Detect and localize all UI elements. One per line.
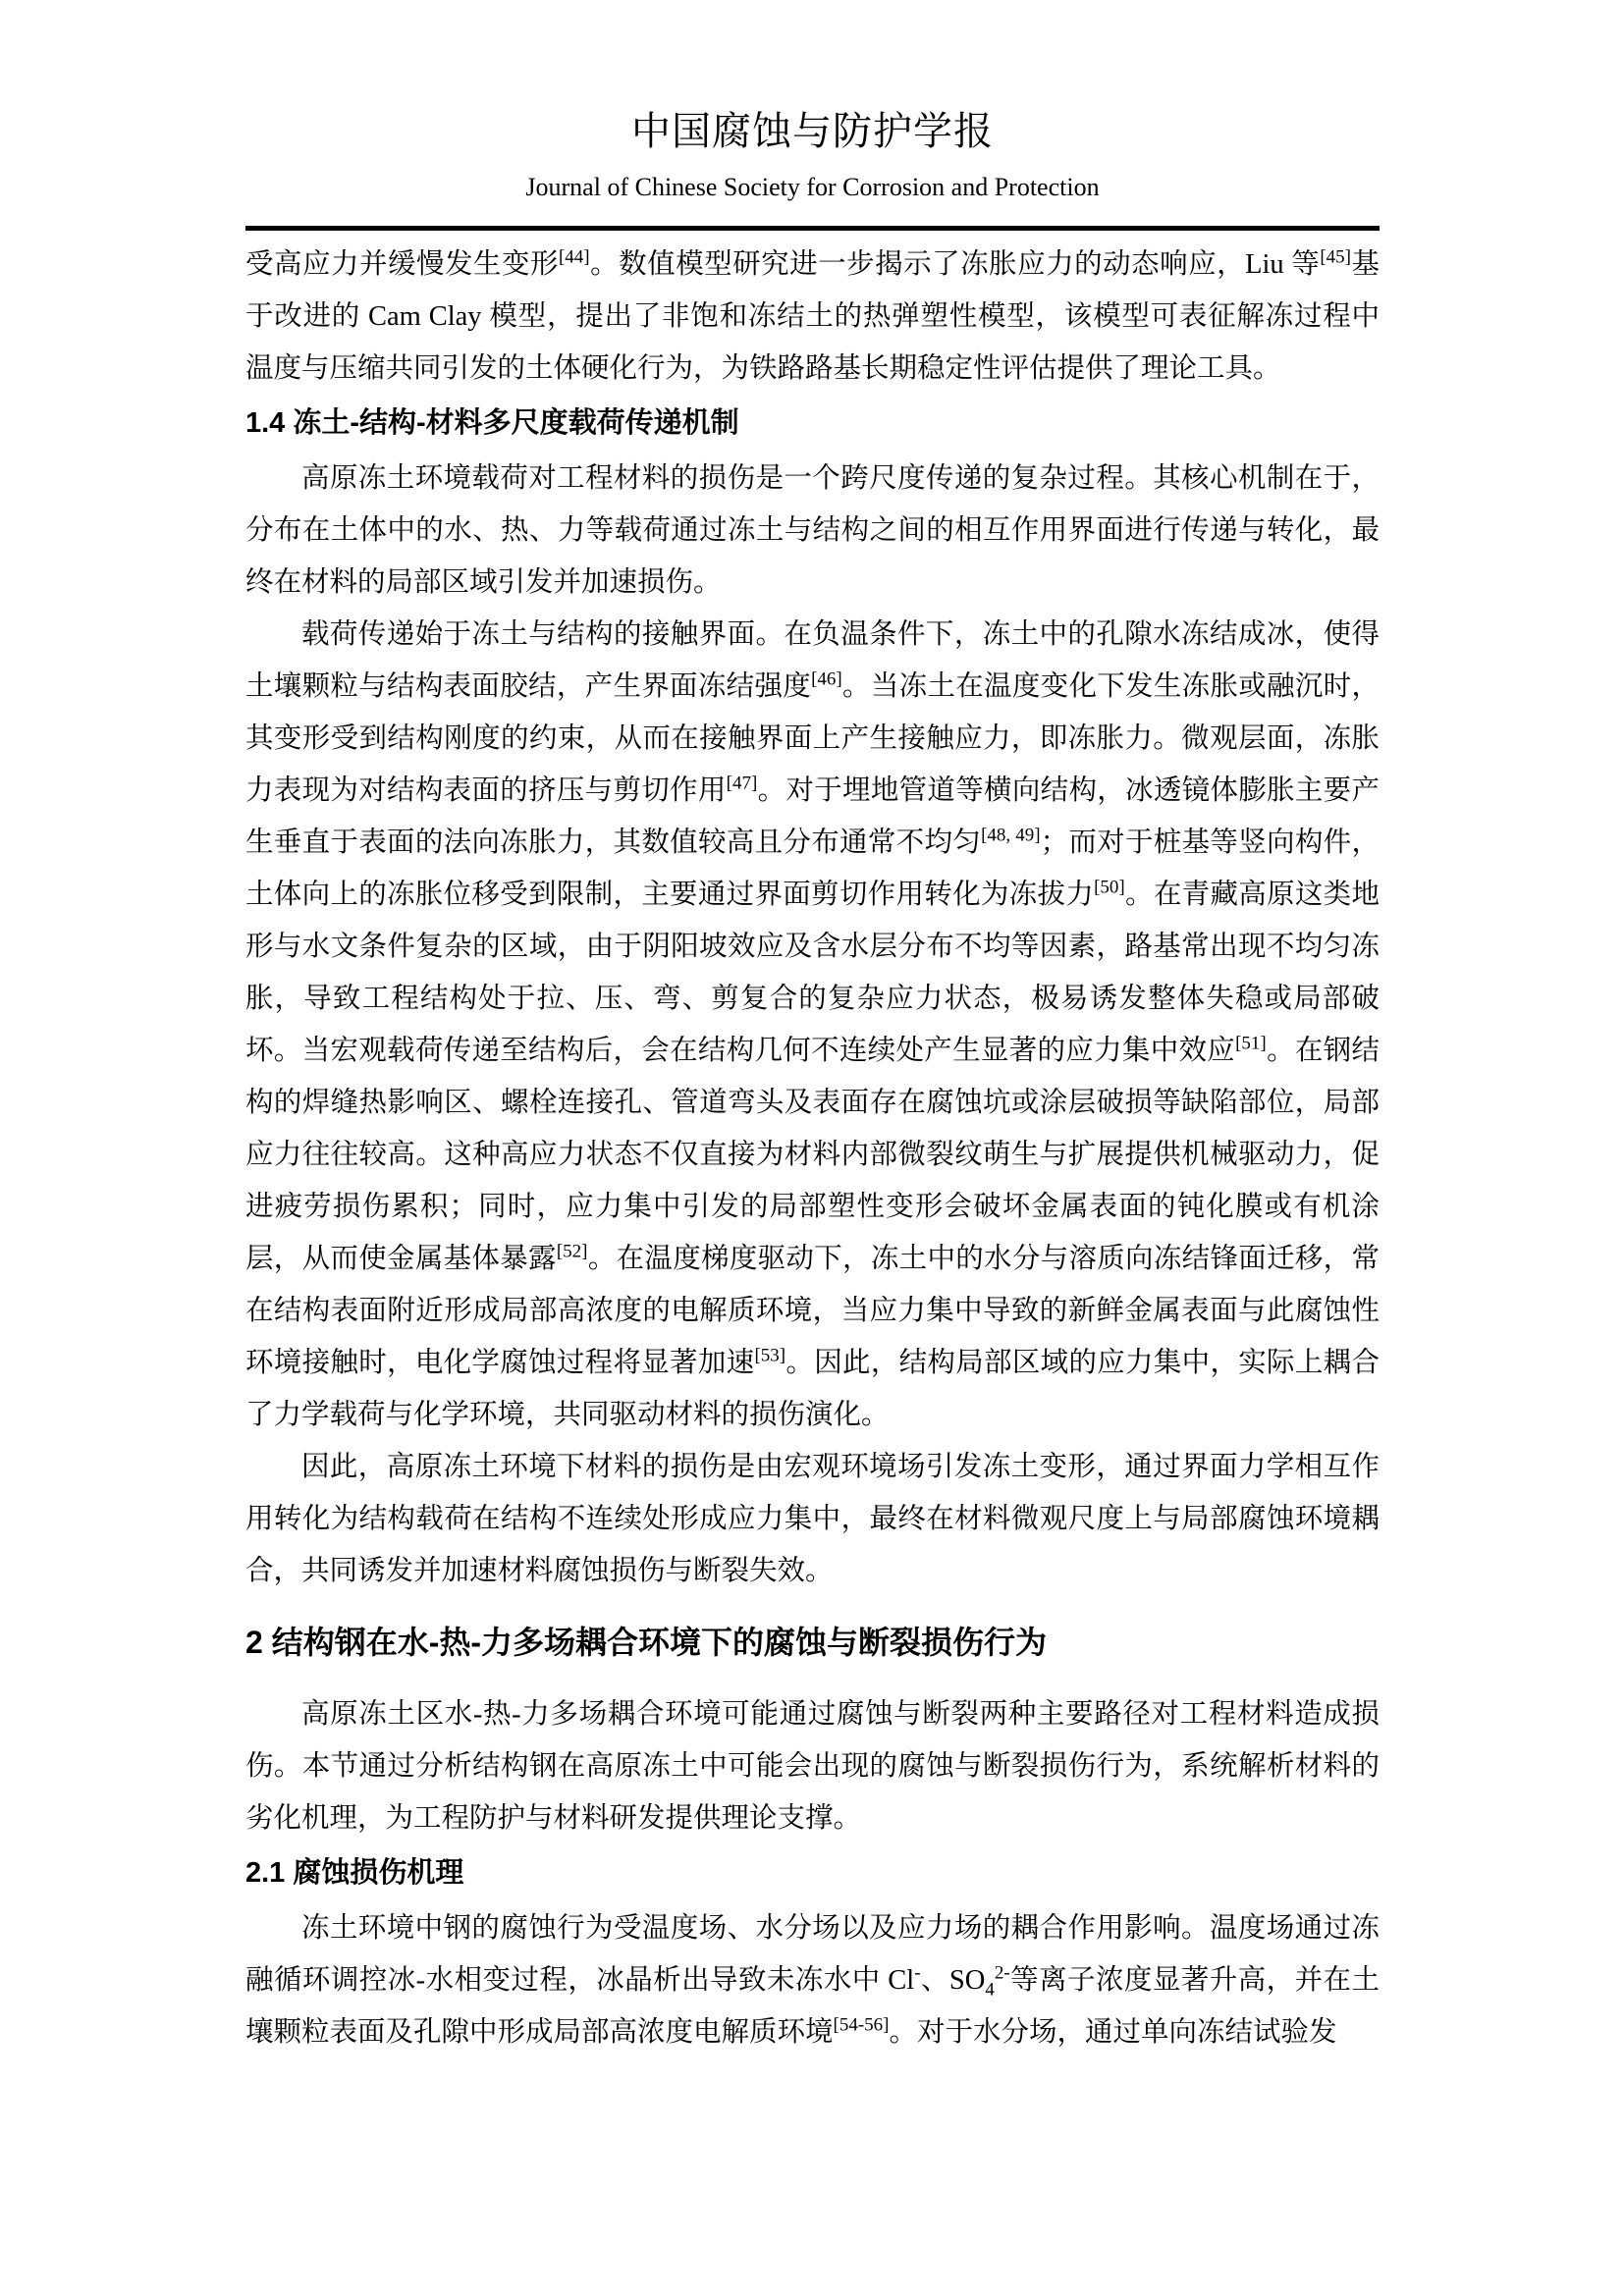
citation-superscript: [46] xyxy=(811,669,842,690)
journal-title-zh: 中国腐蚀与防护学报 xyxy=(245,106,1380,157)
citation-superscript: 2- xyxy=(995,1963,1010,1984)
paragraph: 高原冻土环境载荷对工程材料的损伤是一个跨尺度传递的复杂过程。其核心机制在于，分布… xyxy=(245,453,1380,609)
citation-superscript: - xyxy=(914,1963,920,1984)
citation-superscript: [50] xyxy=(1094,878,1125,898)
journal-title-en: Journal of Chinese Society for Corrosion… xyxy=(245,171,1380,204)
citation-superscript: [47] xyxy=(727,774,758,794)
paragraph: 冻土环境中钢的腐蚀行为受温度场、水分场以及应力场的耦合作用影响。温度场通过冻融循… xyxy=(245,1902,1380,2058)
citation-superscript: [44] xyxy=(559,247,590,268)
subsection-heading: 1.4 冻土-结构-材料多尺度载荷传递机制 xyxy=(245,398,1380,450)
citation-superscript: [51] xyxy=(1235,1034,1267,1054)
paragraph: 因此，高原冻土环境下材料的损伤是由宏观环境场引发冻土变形，通过界面力学相互作用转… xyxy=(245,1441,1380,1597)
paragraph-continuation: 受高应力并缓慢发生变形[44]。数值模型研究进一步揭示了冻胀应力的动态响应，Li… xyxy=(245,239,1380,395)
citation-superscript: [48, 49] xyxy=(981,826,1040,846)
paragraph: 载荷传递始于冻土与结构的接触界面。在负温条件下，冻土中的孔隙水冻结成冰，使得土壤… xyxy=(245,609,1380,1441)
header-divider xyxy=(245,226,1380,231)
document-page: 中国腐蚀与防护学报 Journal of Chinese Society for… xyxy=(0,0,1624,2296)
citation-superscript: [45] xyxy=(1320,247,1351,268)
chemical-subscript: 4 xyxy=(985,1980,995,2001)
section-heading: 2 结构钢在水-热-力多场耦合环境下的腐蚀与断裂损伤行为 xyxy=(245,1615,1380,1670)
article-body: 受高应力并缓慢发生变形[44]。数值模型研究进一步揭示了冻胀应力的动态响应，Li… xyxy=(245,239,1380,2058)
citation-superscript: [54-56] xyxy=(834,2015,890,2036)
paragraph: 高原冻土区水-热-力多场耦合环境可能通过腐蚀与断裂两种主要路径对工程材料造成损伤… xyxy=(245,1688,1380,1844)
citation-superscript: [53] xyxy=(754,1346,785,1366)
journal-header: 中国腐蚀与防护学报 Journal of Chinese Society for… xyxy=(245,106,1380,231)
subsection-heading: 2.1 腐蚀损伤机理 xyxy=(245,1847,1380,1899)
citation-superscript: [52] xyxy=(557,1242,588,1262)
